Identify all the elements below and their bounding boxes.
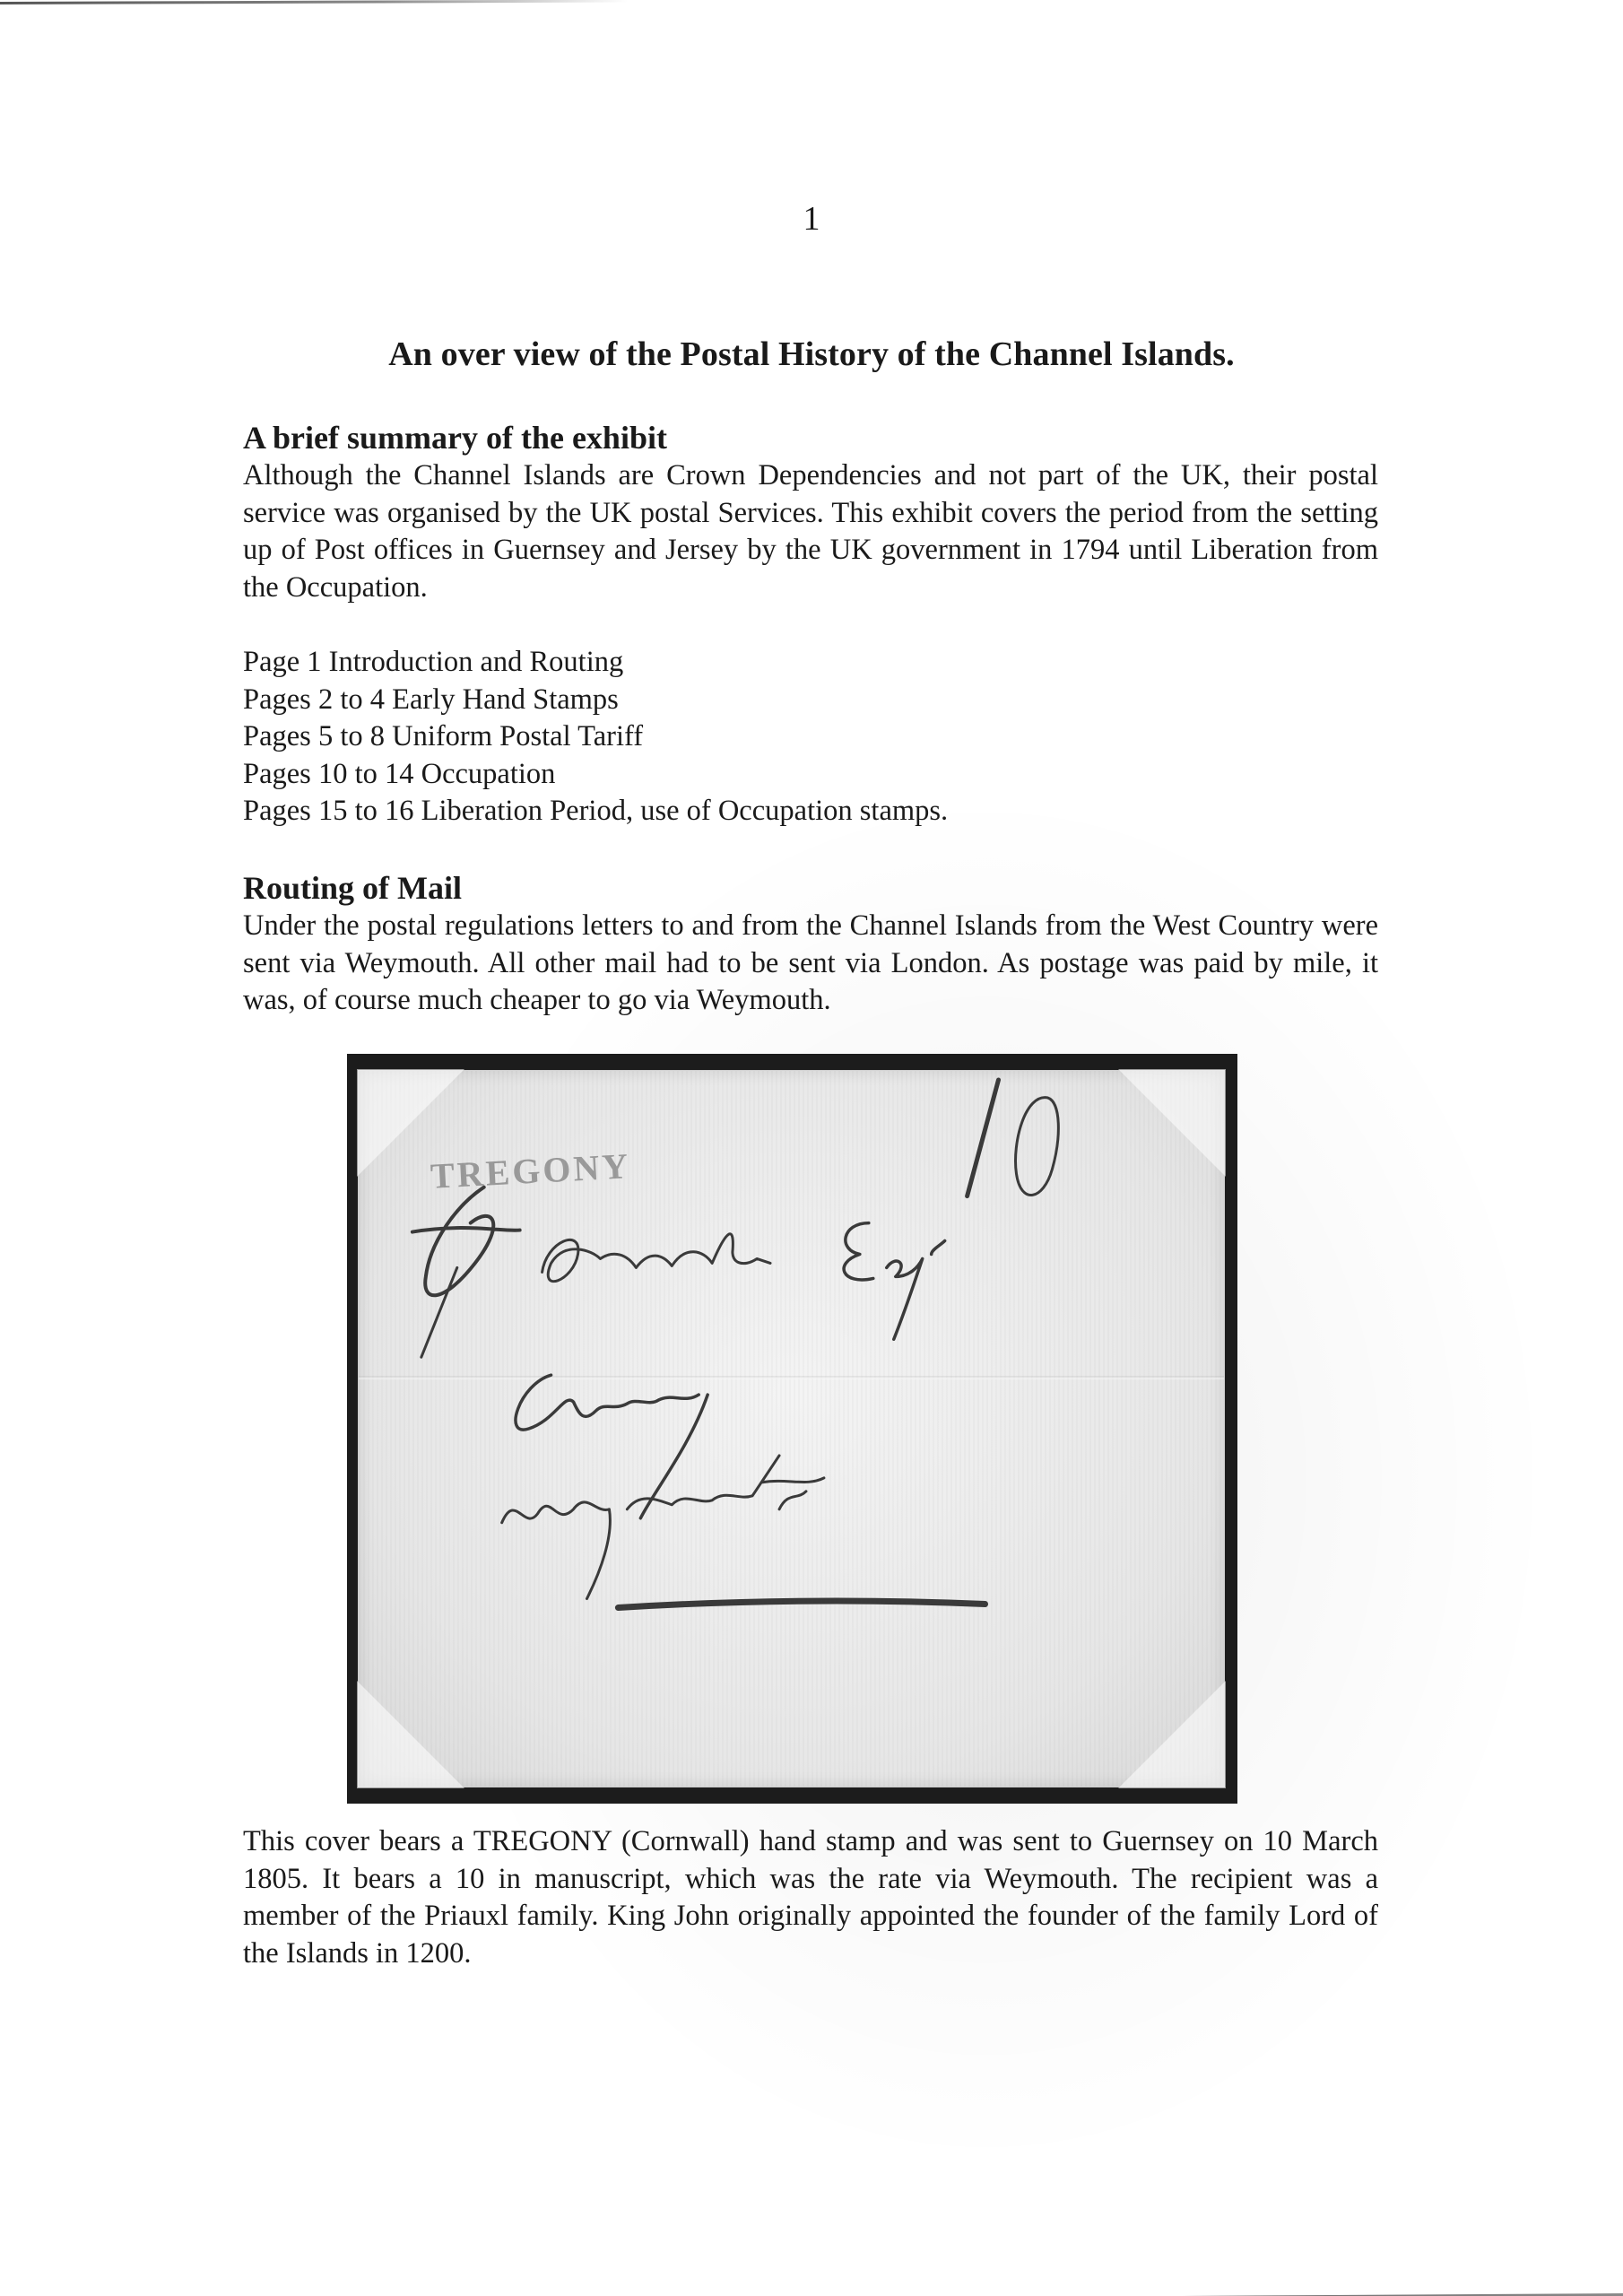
routing-section: Routing of Mail Under the postal regulat…	[243, 868, 1378, 1020]
routing-heading: Routing of Mail	[243, 868, 1378, 908]
cover-caption: This cover bears a TREGONY (Cornwall) ha…	[243, 1823, 1378, 1972]
caption-section: This cover bears a TREGONY (Cornwall) ha…	[243, 1823, 1378, 1972]
letter-cover: TREGONY	[358, 1070, 1225, 1787]
page-number: 1	[0, 199, 1623, 239]
summary-section: A brief summary of the exhibit Although …	[243, 418, 1378, 606]
contents-item: Pages 2 to 4 Early Hand Stamps	[243, 682, 1378, 719]
summary-paragraph: Although the Channel Islands are Crown D…	[243, 457, 1378, 606]
contents-item: Pages 10 to 14 Occupation	[243, 756, 1378, 794]
summary-heading: A brief summary of the exhibit	[243, 418, 1378, 457]
contents-item: Page 1 Introduction and Routing	[243, 644, 1378, 682]
contents-list: Page 1 Introduction and Routing Pages 2 …	[243, 644, 1378, 831]
contents-item: Pages 15 to 16 Liberation Period, use of…	[243, 793, 1378, 831]
page-title: An over view of the Postal History of th…	[0, 334, 1623, 375]
scan-edge-top	[0, 0, 628, 4]
routing-paragraph: Under the postal regulations letters to …	[243, 908, 1378, 1020]
postal-cover-image: TREGONY	[347, 1054, 1237, 1804]
manuscript-address-icon	[359, 1071, 1224, 1787]
contents-item: Pages 5 to 8 Uniform Postal Tariff	[243, 718, 1378, 756]
